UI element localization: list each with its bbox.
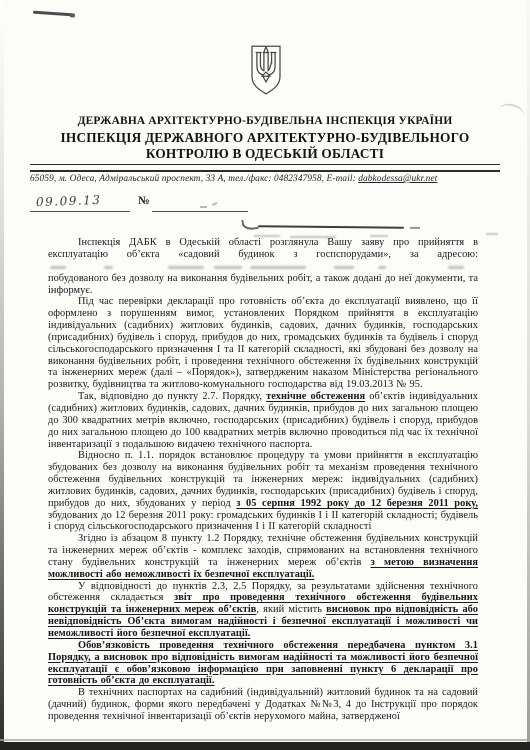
smudge-mark (50, 266, 66, 269)
pen-mark-top-left (33, 11, 73, 16)
emphasized-text-run: Обов’язковість проведення технічного обс… (48, 640, 478, 687)
letterhead: ДЕРЖАВНА АРХІТЕКТУРНО-БУДІВЕЛЬНА ІНСПЕКЦ… (0, 114, 530, 162)
number-underline (152, 211, 248, 212)
handwritten-check-mark (241, 218, 258, 231)
org-name-line1: ДЕРЖАВНА АРХІТЕКТУРНО-БУДІВЕЛЬНА ІНСПЕКЦ… (0, 114, 530, 128)
scan-edge-bottom (0, 742, 530, 750)
smudge-mark (448, 266, 464, 269)
scan-edge-shadow-line (0, 739, 530, 741)
paragraph: У відповідності до пунктів 2.3, 2.5 Поря… (48, 581, 478, 640)
letterhead-rule (30, 164, 500, 172)
text-run: , який містить (256, 604, 326, 615)
contact-line: 65059, м. Одеса, Адміральський проспект,… (30, 174, 500, 184)
redacted-address-line (48, 261, 478, 273)
paragraph: Обов’язковість проведення технічного обс… (48, 640, 478, 687)
email-text: dabkodessa@ukr.net (358, 174, 437, 184)
contact-text: 65059, м. Одеса, Адміральський проспект,… (30, 174, 358, 184)
smudge-mark (168, 266, 204, 269)
org-name-line3: КОНТРОЛЮ В ОДЕСЬКІЙ ОБЛАСТІ (0, 146, 530, 162)
text-run: Інспекція ДАБК в Одеській області розгля… (48, 237, 478, 260)
smudge-mark (378, 266, 386, 269)
date-underline (30, 211, 130, 212)
text-run: Під час перевірки декларації про готовні… (48, 296, 478, 390)
paragraph: Відносно п. 1.1. порядок встановлює проц… (48, 450, 478, 533)
smudge-mark (104, 266, 113, 269)
document-body: Інспекція ДАБК в Одеській області розгля… (48, 237, 478, 723)
text-run: Так, відповідно до пункту 2.7. Порядку, (78, 391, 266, 402)
handwritten-date: 09.09.13 (36, 193, 102, 209)
number-label: № (138, 195, 150, 207)
scan-edge-left (0, 0, 4, 750)
emphasized-text-run: технічне обстеження (266, 391, 365, 402)
paragraph: В технічних паспортах на садибний (індив… (48, 687, 478, 723)
org-name-line2: ІНСПЕКЦІЯ ДЕРЖАВНОГО АРХІТЕКТУРНО-БУДІВЕ… (0, 130, 530, 146)
text-run: побудованого без дозволу на виконання бу… (48, 273, 478, 296)
paragraph: Так, відповідно до пункту 2.7. Порядку, … (48, 391, 478, 450)
handwritten-underline (258, 225, 404, 229)
paragraph: Інспекція ДАБК в Одеській області розгля… (48, 237, 478, 261)
paragraph: побудованого без дозволу на виконання бу… (48, 273, 478, 297)
scanned-document-page: ДЕРЖАВНА АРХІТЕКТУРНО-БУДІВЕЛЬНА ІНСПЕКЦ… (0, 0, 530, 750)
ukraine-trident-emblem (245, 43, 287, 97)
paragraph: Під час перевірки декларації про готовні… (48, 296, 478, 391)
text-run: В технічних паспортах на садибний (індив… (48, 687, 478, 722)
smudge-mark (334, 266, 354, 269)
smudge-mark (214, 266, 242, 269)
emphasized-text-run: з 05 серпня 1992 року до 12 березня 2011… (236, 498, 478, 509)
smudge-mark (250, 266, 306, 269)
paragraph: Згідно із абзацом 8 пункту 1.2 Порядку, … (48, 533, 478, 580)
faint-pencil-marks (200, 203, 222, 209)
text-run: збудованих до 12 березня 2011 року: гром… (48, 510, 478, 533)
